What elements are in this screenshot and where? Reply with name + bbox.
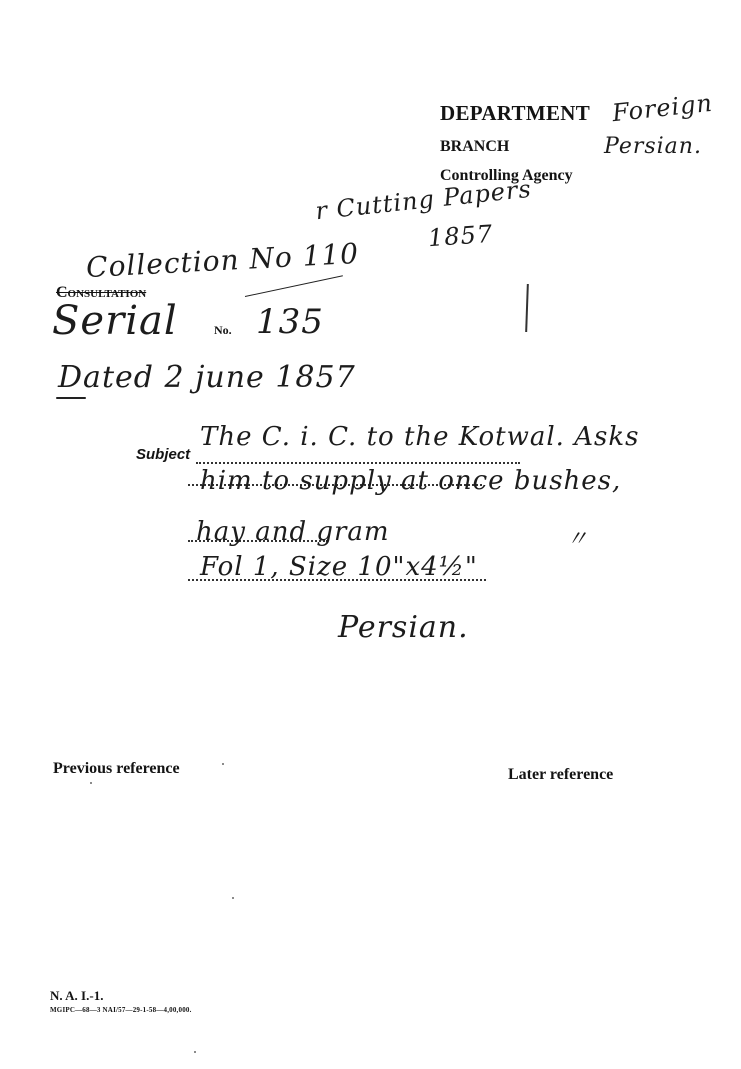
subject-line-3: hay and gram	[196, 517, 390, 547]
subject-label: Subject	[136, 446, 190, 463]
later-reference-label: Later reference	[508, 766, 613, 784]
serial-number: 135	[256, 302, 324, 342]
branch-value: Persian.	[604, 134, 702, 159]
subject-language: Persian.	[338, 610, 469, 645]
subject-line-4: Fol 1, Size 10"x4½"	[200, 552, 478, 582]
form-code: N. A. I.-1.	[50, 988, 103, 1004]
subject-dotted-line	[196, 462, 520, 464]
serial-pen-stroke	[245, 275, 343, 297]
scan-speck	[194, 1051, 196, 1053]
department-label: DEPARTMENT	[440, 101, 590, 126]
printer-imprint: MGIPC—68—3 NAI/57—29-1-58—4,00,000.	[50, 1006, 192, 1014]
scan-speck	[90, 782, 92, 784]
scan-speck	[222, 763, 224, 765]
scan-speck	[232, 897, 234, 899]
collection-number: Collection No 110	[85, 237, 360, 284]
previous-reference-label: Previous reference	[53, 760, 180, 778]
dated-line: Dated 2 june 1857	[58, 360, 356, 395]
serial-handwritten: Serial	[52, 298, 178, 344]
ditto-mark: 〃	[566, 522, 589, 553]
subject-line-2: him to supply at once bushes,	[200, 466, 621, 496]
dated-flourish	[56, 397, 86, 399]
subject-line-1: The C. i. C. to the Kotwal. Asks	[200, 422, 639, 452]
cutting-papers-note: r Cutting Papers	[314, 175, 533, 226]
cutting-year-note: 1857	[427, 220, 494, 252]
number-label: No.	[214, 323, 232, 338]
department-value: Foreign	[611, 89, 714, 127]
branch-label: BRANCH	[440, 138, 509, 156]
stray-pen-mark	[525, 284, 529, 332]
